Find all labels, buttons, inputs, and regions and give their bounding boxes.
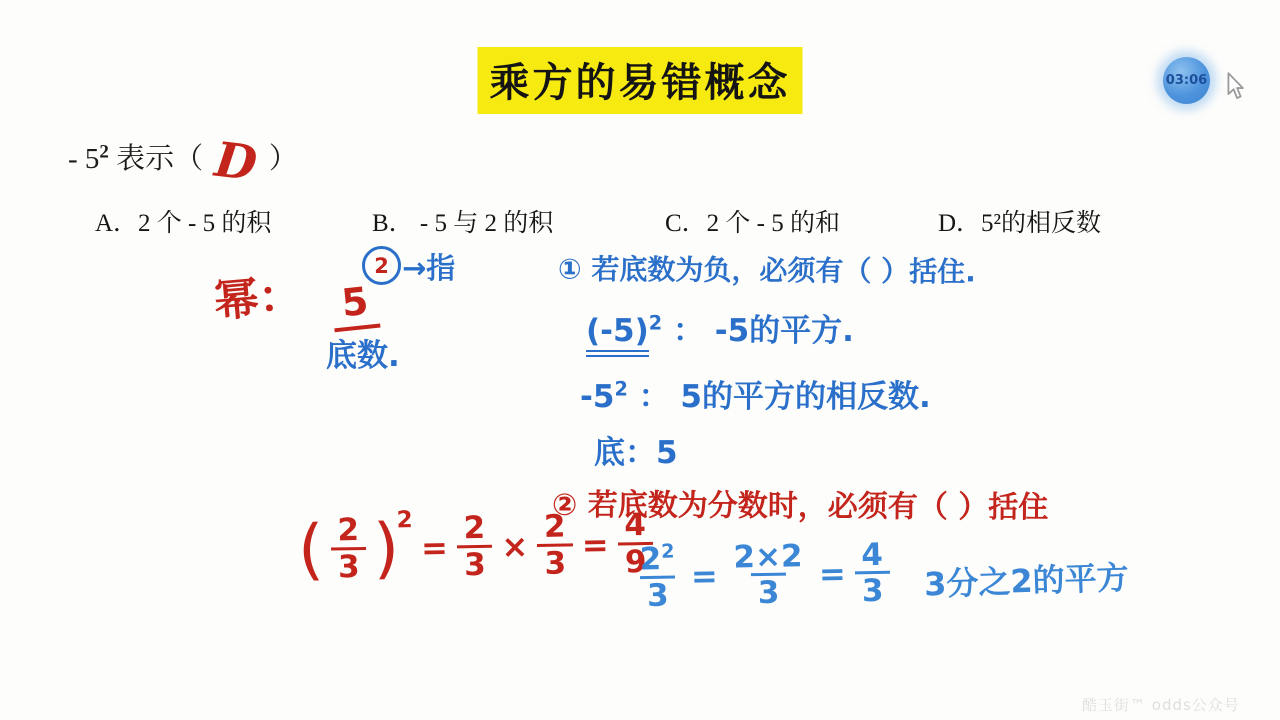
fraction: 22 3	[632, 541, 682, 612]
denominator: 3	[640, 575, 676, 612]
numerator: 4	[617, 509, 653, 542]
fraction: 2 3	[330, 514, 367, 584]
example2-meaning: 5的平方的相反数.	[680, 379, 930, 415]
note-power-label: 幂：	[211, 258, 304, 329]
blue-fraction-equation: 22 3 = 2×2 3 = 4 3	[627, 538, 895, 613]
option-b: B． - 5 与 2 的积	[372, 203, 553, 239]
note-caption: 3分之2的平方	[923, 552, 1129, 605]
denominator: 3	[750, 573, 786, 610]
note-base-label: 底数.	[326, 330, 400, 375]
open-paren: (	[297, 516, 324, 582]
video-frame: 乘方的易错概念 03:06 - 52 表示（D） A．2 个 - 5 的积 B．…	[0, 0, 1280, 720]
numerator: 2×2	[726, 540, 810, 574]
example2-separator: ：	[628, 379, 681, 415]
page-title: 乘方的易错概念	[478, 47, 803, 114]
example2-exponent: 2	[614, 378, 627, 401]
denominator: 3	[537, 543, 573, 580]
option-a: A．2 个 - 5 的积	[95, 203, 271, 239]
example1-separator: ：	[662, 313, 715, 349]
fraction: 2 3	[537, 510, 574, 580]
equals-sign: =	[691, 557, 718, 595]
numerator-exponent: 2	[661, 540, 675, 563]
fraction: 2×2 3	[726, 540, 810, 611]
example1-exponent: 2	[649, 312, 662, 335]
question-stem: - 52 表示（D）	[68, 136, 298, 181]
denominator: 3	[331, 546, 367, 583]
question-verb: 表示（	[116, 143, 203, 175]
example1-base: (-5)	[586, 313, 649, 357]
close-paren: )	[373, 515, 400, 581]
watermark: 酷玉街™ odds公众号	[1082, 694, 1240, 715]
example2-base: -5	[580, 379, 614, 415]
note-base-value: 底：5	[594, 427, 678, 472]
numerator: 2	[330, 514, 366, 547]
note-rule1: ① 若底数为负，必须有（ ）括住.	[558, 248, 976, 291]
denominator: 3	[855, 571, 891, 608]
numerator: 2	[537, 510, 573, 543]
example1-meaning: -5的平方.	[715, 313, 854, 349]
equals-sign: =	[819, 555, 846, 593]
question-text: - 5	[68, 143, 99, 175]
equals-sign: =	[582, 525, 609, 563]
timer-bubble[interactable]: 03:06	[1163, 57, 1210, 104]
note-base-digit: 5	[330, 278, 381, 333]
question-exponent: 2	[99, 141, 109, 162]
option-c: C．2 个 - 5 的和	[665, 203, 840, 239]
exponent-digit: 2	[374, 254, 389, 278]
mouse-cursor-icon	[1224, 72, 1247, 105]
note-circled-exponent: 2	[362, 246, 401, 285]
numerator: 4	[854, 538, 890, 571]
option-d: D．5²的相反数	[938, 203, 1101, 239]
fraction-result: 4 3	[854, 538, 891, 608]
equation-exponent: 2	[396, 507, 412, 533]
numerator: 22	[632, 541, 682, 576]
note-example1: (-5)2 ： -5的平方.	[586, 305, 854, 350]
fraction: 2 3	[456, 512, 493, 582]
multiply-sign: ×	[501, 527, 528, 565]
equals-sign: =	[421, 528, 448, 566]
denominator: 3	[457, 544, 493, 581]
note-exponent-arrow-label: →指	[402, 246, 455, 287]
note-example2: -52 ： 5的平方的相反数.	[580, 371, 931, 416]
timer-value: 03:06	[1166, 73, 1207, 88]
handwritten-answer: D	[213, 141, 259, 184]
numerator: 2	[456, 512, 492, 545]
question-close-paren: ）	[269, 143, 298, 175]
red-fraction-equation: ( 2 3 ) 2 = 2 3 × 2 3 = 4 9	[295, 509, 658, 584]
